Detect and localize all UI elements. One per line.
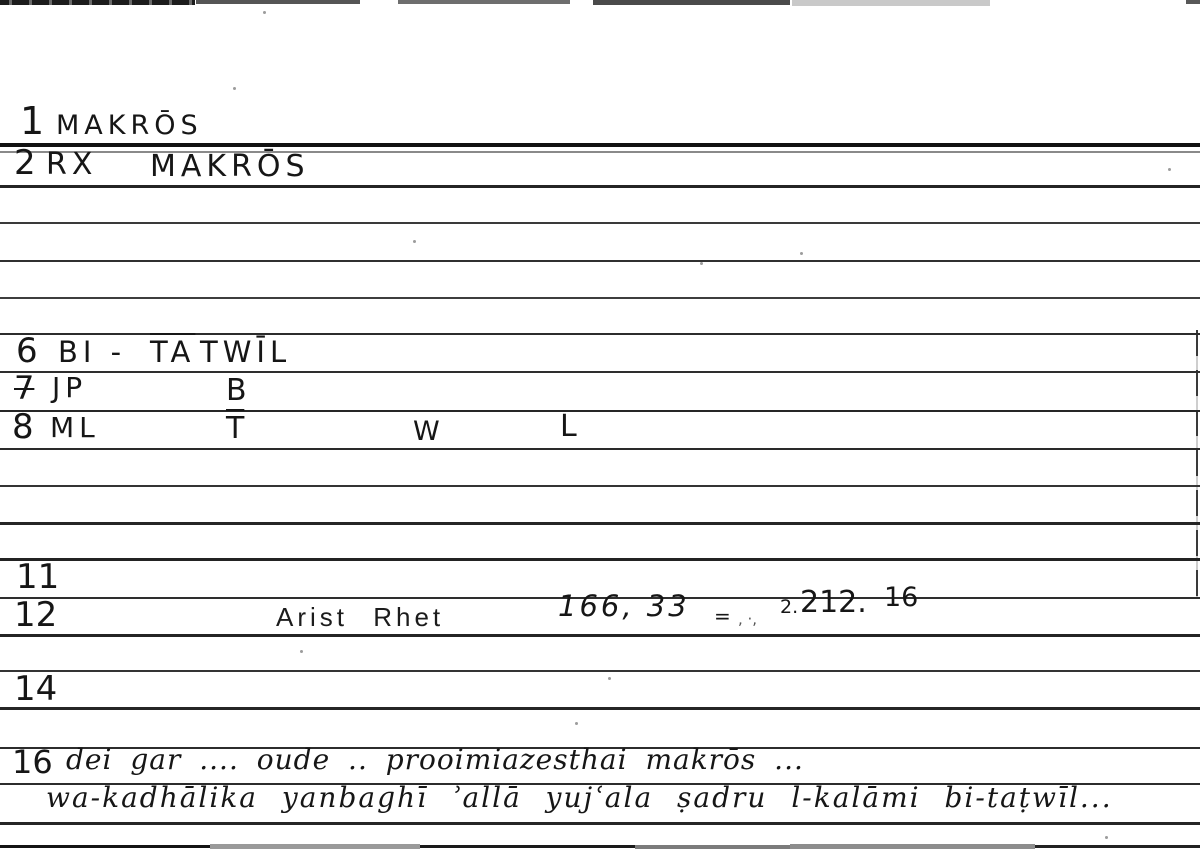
arabic-translation: wa-kadhālika yanbaghī ʾallā yujʿala ṣadr… (46, 784, 1113, 812)
ruled-line (0, 410, 1200, 412)
row-number-2: 2 (14, 146, 36, 180)
scan-edge-bottom (210, 844, 420, 849)
scan-noise-dot (413, 240, 416, 243)
row-number-6: 6 (16, 334, 38, 368)
scan-noise-dot (700, 262, 703, 265)
scan-edge-right (1196, 330, 1198, 598)
scan-edge-top (398, 0, 570, 4)
ruled-line (0, 185, 1200, 188)
citation-locus: 166, 33 (558, 592, 690, 621)
siglum-ml: ML (50, 414, 100, 442)
ruled-line (0, 670, 1200, 672)
scan-noise-dot (1105, 836, 1108, 839)
ruled-line (0, 634, 1200, 637)
scan-noise-dot (1168, 168, 1171, 171)
scan-edge-top (792, 0, 990, 6)
letter-l: L (560, 412, 577, 442)
entry-makros-row2: MAKRŌS (150, 152, 310, 182)
scan-noise-dot (300, 650, 303, 653)
row-number-11: 11 (16, 560, 59, 594)
row-number-14: 14 (14, 672, 57, 706)
siglum-rx: RX (46, 150, 97, 180)
stray-marks: , ·, (738, 612, 757, 627)
scan-edge-bottom (1035, 845, 1200, 848)
ruled-line (0, 297, 1200, 299)
ruled-line (0, 485, 1200, 487)
entry-bi-tatwil-rest: TWĪL (200, 338, 291, 367)
scan-edge-top (1186, 0, 1200, 4)
ruled-line (0, 260, 1200, 262)
headword-makros: MAKRŌS (56, 112, 203, 139)
scan-edge-top (0, 0, 195, 5)
letter-t-overline: T (226, 414, 244, 444)
ruled-line (0, 143, 1200, 147)
ruled-line (0, 371, 1200, 373)
row-number-7-struck: 7 (14, 372, 34, 404)
ruled-line (0, 222, 1200, 224)
ruled-line (0, 558, 1200, 561)
scan-noise-dot (800, 252, 803, 255)
reference-line: 16 (884, 584, 918, 611)
ruled-line (0, 522, 1200, 525)
row-number-8: 8 (12, 410, 34, 444)
ruled-line (0, 822, 1200, 825)
siglum-jp: JP (52, 374, 87, 402)
letter-b: B (226, 376, 247, 406)
reference-volume: 2. (780, 598, 798, 617)
scan-noise-dot (263, 11, 266, 14)
row-number-1: 1 (20, 102, 44, 140)
scan-edge-bottom (0, 845, 210, 848)
ruled-line (0, 707, 1200, 710)
greek-quotation: dei gar .... oude .. prooimiazesthai mak… (66, 746, 804, 774)
reference-page: 212. (800, 588, 867, 618)
scan-edge-bottom (790, 844, 1035, 849)
row-number-16: 16 (12, 746, 53, 778)
entry-bi-tatwil-overlined: TA (150, 338, 195, 367)
scan-noise-dot (233, 87, 236, 90)
scan-edge-top (196, 0, 360, 4)
scan-noise-dot (575, 722, 578, 725)
citation-work: Arist Rhet (276, 604, 444, 630)
scan-edge-bottom (420, 845, 635, 848)
scanned-index-card: 1MAKRŌS2RXMAKRŌS6BI -TATWĪL7JPB8MLTWL111… (0, 0, 1200, 854)
letter-w: W (413, 418, 440, 445)
entry-bi-tatwil-prefix: BI - (58, 338, 126, 367)
scan-noise-dot (608, 677, 611, 680)
equals-sign: = (714, 606, 731, 626)
ruled-line (0, 448, 1200, 450)
scan-edge-top (593, 0, 790, 5)
scan-edge-bottom (635, 845, 790, 849)
row-number-12: 12 (14, 598, 57, 632)
